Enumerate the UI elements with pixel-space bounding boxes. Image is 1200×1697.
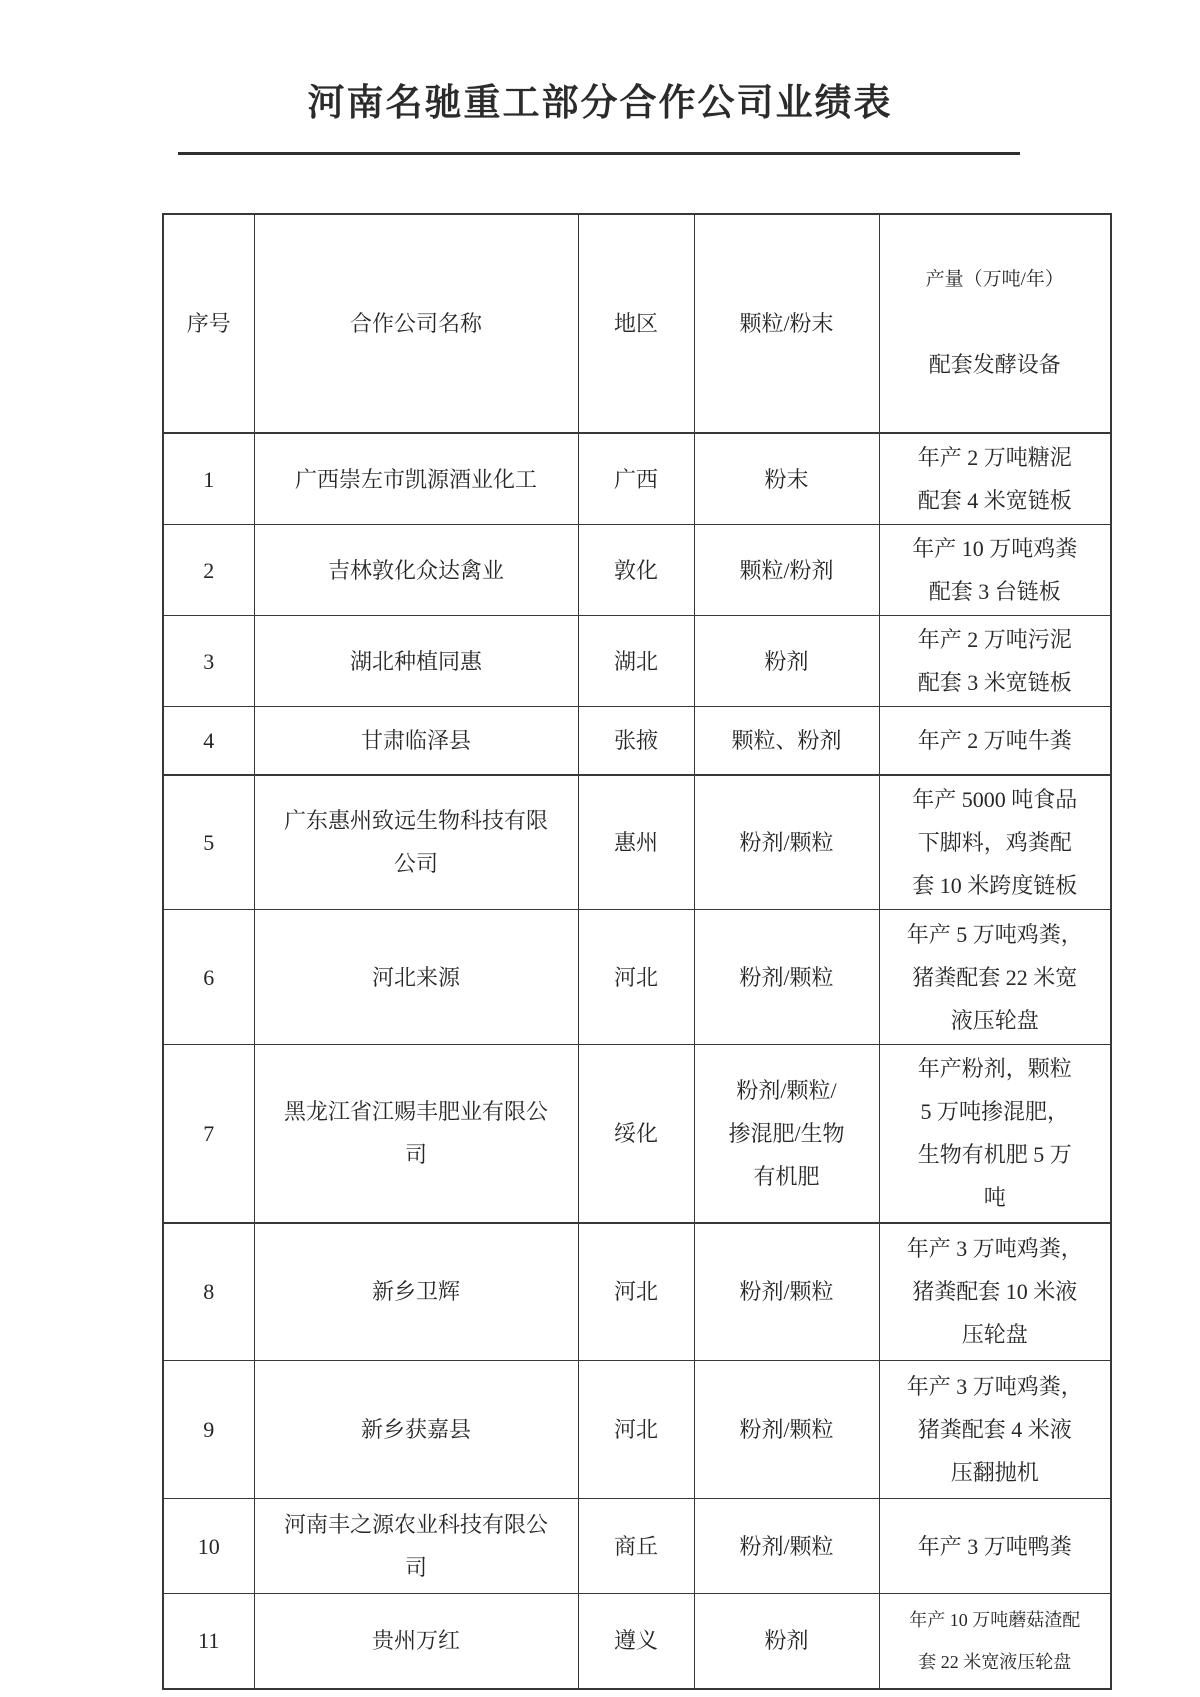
- cell-type: 颗粒/粉剂: [694, 525, 879, 616]
- cell-serial: 11: [163, 1594, 254, 1689]
- cell-region: 商丘: [578, 1499, 694, 1594]
- table-row: 8 新乡卫辉 河北 粉剂/颗粒 年产 3 万吨鸡粪， 猪粪配套 10 米液 压轮…: [163, 1223, 1111, 1361]
- cell-company: 河北来源: [254, 910, 578, 1045]
- cell-company: 湖北种植同惠: [254, 616, 578, 707]
- cell-region: 遵义: [578, 1594, 694, 1689]
- cell-company: 贵州万红: [254, 1594, 578, 1689]
- table-row: 10 河南丰之源农业科技有限公 司 商丘 粉剂/颗粒 年产 3 万吨鸭粪: [163, 1499, 1111, 1594]
- cell-company: 吉林敦化众达禽业: [254, 525, 578, 616]
- cell-type: 粉剂/颗粒: [694, 910, 879, 1045]
- cell-output: 年产 5000 吨食品 下脚料，鸡粪配 套 10 米跨度链板: [879, 775, 1111, 910]
- cell-type: 粉剂/颗粒: [694, 1361, 879, 1499]
- cell-type: 粉末: [694, 433, 879, 525]
- cell-company: 新乡获嘉县: [254, 1361, 578, 1499]
- cell-company: 甘肃临泽县: [254, 707, 578, 775]
- cell-serial: 5: [163, 775, 254, 910]
- cell-output: 年产 2 万吨牛粪: [879, 707, 1111, 775]
- cell-company: 河南丰之源农业科技有限公 司: [254, 1499, 578, 1594]
- cell-region: 绥化: [578, 1045, 694, 1223]
- header-company: 合作公司名称: [254, 214, 578, 433]
- cell-region: 广西: [578, 433, 694, 525]
- cell-serial: 3: [163, 616, 254, 707]
- table-row: 1 广西崇左市凯源酒业化工 广西 粉末 年产 2 万吨糖泥 配套 4 米宽链板: [163, 433, 1111, 525]
- cell-type: 粉剂: [694, 616, 879, 707]
- header-type: 颗粒/粉末: [694, 214, 879, 433]
- table-row: 4 甘肃临泽县 张掖 颗粒、粉剂 年产 2 万吨牛粪: [163, 707, 1111, 775]
- document-page: 河南名驰重工部分合作公司业绩表 序号 合作公司名称 地区 颗粒/粉末 产量（万吨…: [0, 0, 1200, 1697]
- cell-output: 年产 3 万吨鸡粪， 猪粪配套 10 米液 压轮盘: [879, 1223, 1111, 1361]
- cell-type: 粉剂/颗粒/ 掺混肥/生物 有机肥: [694, 1045, 879, 1223]
- header-output-line1: 产量（万吨/年）: [888, 260, 1103, 300]
- cell-serial: 9: [163, 1361, 254, 1499]
- cell-region: 张掖: [578, 707, 694, 775]
- cell-region: 湖北: [578, 616, 694, 707]
- cell-company: 黑龙江省江赐丰肥业有限公 司: [254, 1045, 578, 1223]
- cell-output: 年产 2 万吨污泥 配套 3 米宽链板: [879, 616, 1111, 707]
- cell-output: 年产 3 万吨鸭粪: [879, 1499, 1111, 1594]
- cell-serial: 2: [163, 525, 254, 616]
- cell-company: 广西崇左市凯源酒业化工: [254, 433, 578, 525]
- table-row: 9 新乡获嘉县 河北 粉剂/颗粒 年产 3 万吨鸡粪， 猪粪配套 4 米液 压翻…: [163, 1361, 1111, 1499]
- cell-output: 年产 2 万吨糖泥 配套 4 米宽链板: [879, 433, 1111, 525]
- header-region: 地区: [578, 214, 694, 433]
- cell-serial: 10: [163, 1499, 254, 1594]
- cell-region: 河北: [578, 1361, 694, 1499]
- cell-serial: 8: [163, 1223, 254, 1361]
- title-underline: [178, 152, 1020, 155]
- document-title: 河南名驰重工部分合作公司业绩表: [0, 72, 1200, 126]
- table-row: 5 广东惠州致远生物科技有限 公司 惠州 粉剂/颗粒 年产 5000 吨食品 下…: [163, 775, 1111, 910]
- header-output: 产量（万吨/年） 配套发酵设备: [879, 214, 1111, 433]
- table-row: 2 吉林敦化众达禽业 敦化 颗粒/粉剂 年产 10 万吨鸡粪 配套 3 台链板: [163, 525, 1111, 616]
- cell-output: 年产 10 万吨鸡粪 配套 3 台链板: [879, 525, 1111, 616]
- table-header-row: 序号 合作公司名称 地区 颗粒/粉末 产量（万吨/年） 配套发酵设备: [163, 214, 1111, 433]
- cell-company: 广东惠州致远生物科技有限 公司: [254, 775, 578, 910]
- cell-type: 粉剂/颗粒: [694, 775, 879, 910]
- cell-output: 年产 3 万吨鸡粪， 猪粪配套 4 米液 压翻抛机: [879, 1361, 1111, 1499]
- cell-serial: 6: [163, 910, 254, 1045]
- table-row: 11 贵州万红 遵义 粉剂 年产 10 万吨蘑菇渣配 套 22 米宽液压轮盘: [163, 1594, 1111, 1689]
- cell-serial: 7: [163, 1045, 254, 1223]
- cell-type: 粉剂: [694, 1594, 879, 1689]
- cell-type: 粉剂/颗粒: [694, 1223, 879, 1361]
- table-row: 6 河北来源 河北 粉剂/颗粒 年产 5 万吨鸡粪， 猪粪配套 22 米宽 液压…: [163, 910, 1111, 1045]
- header-serial: 序号: [163, 214, 254, 433]
- cell-serial: 1: [163, 433, 254, 525]
- cell-region: 惠州: [578, 775, 694, 910]
- header-output-line2: 配套发酵设备: [888, 343, 1103, 387]
- table-row: 3 湖北种植同惠 湖北 粉剂 年产 2 万吨污泥 配套 3 米宽链板: [163, 616, 1111, 707]
- cell-type: 粉剂/颗粒: [694, 1499, 879, 1594]
- cell-serial: 4: [163, 707, 254, 775]
- performance-table: 序号 合作公司名称 地区 颗粒/粉末 产量（万吨/年） 配套发酵设备 1 广西崇…: [162, 213, 1112, 1690]
- cell-type: 颗粒、粉剂: [694, 707, 879, 775]
- table-row: 7 黑龙江省江赐丰肥业有限公 司 绥化 粉剂/颗粒/ 掺混肥/生物 有机肥 年产…: [163, 1045, 1111, 1223]
- cell-region: 河北: [578, 1223, 694, 1361]
- cell-output: 年产 10 万吨蘑菇渣配 套 22 米宽液压轮盘: [879, 1594, 1111, 1689]
- cell-region: 敦化: [578, 525, 694, 616]
- cell-output: 年产粉剂，颗粒 5 万吨掺混肥， 生物有机肥 5 万 吨: [879, 1045, 1111, 1223]
- cell-company: 新乡卫辉: [254, 1223, 578, 1361]
- cell-output: 年产 5 万吨鸡粪， 猪粪配套 22 米宽 液压轮盘: [879, 910, 1111, 1045]
- cell-region: 河北: [578, 910, 694, 1045]
